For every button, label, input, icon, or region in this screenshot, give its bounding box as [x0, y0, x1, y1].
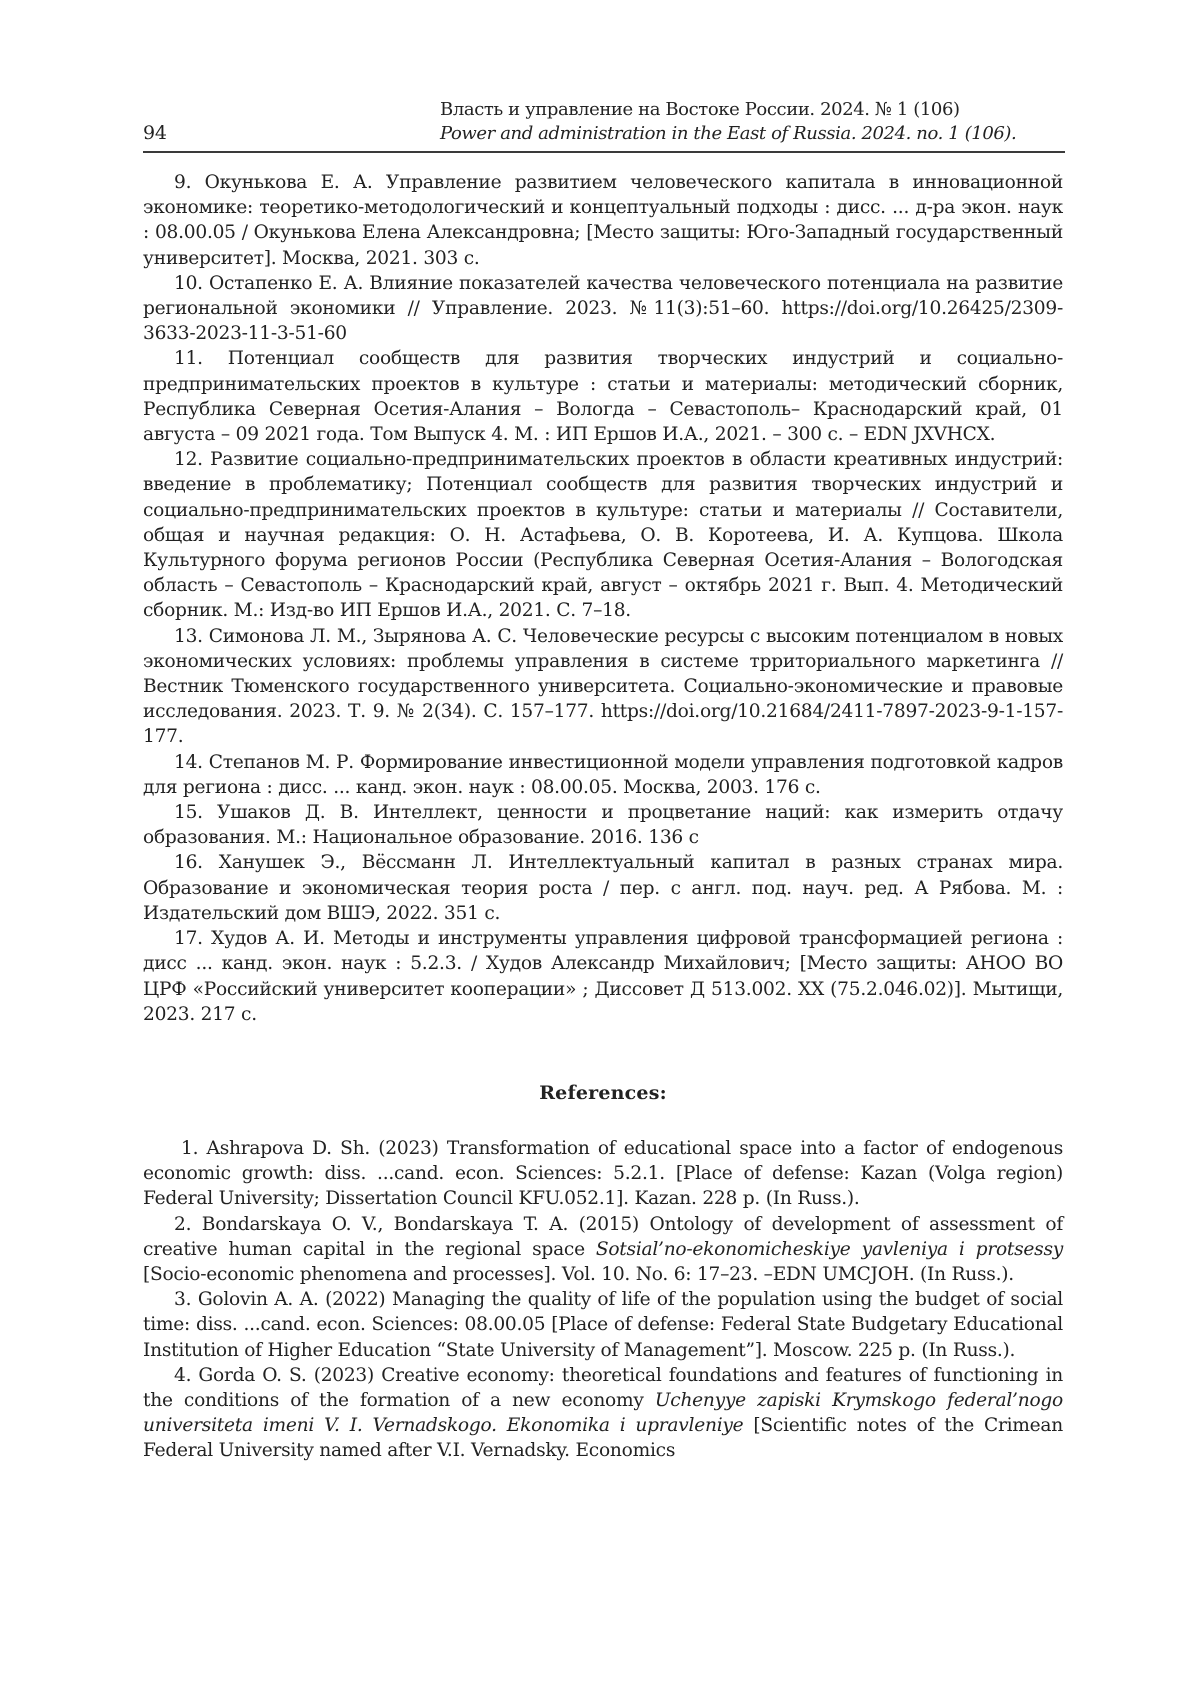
reference-entry: 3. Golovin A. A. (2022) Managing the qua… — [143, 1287, 1063, 1363]
references-en: 1. Ashrapova D. Sh. (2023) Transformatio… — [143, 1136, 1063, 1464]
journal-title-ru: Власть и управление на Востоке России. 2… — [440, 98, 1016, 122]
page-header: 94 Власть и управление на Востоке России… — [143, 98, 1063, 148]
reference-entry: 4. Gorda O. S. (2023) Creative economy: … — [143, 1363, 1063, 1464]
bibliography-entry: 10. Остапенко Е. А. Влияние показателей … — [143, 271, 1063, 347]
bibliography-entry: 15. Ушаков Д. В. Интеллект, ценности и п… — [143, 800, 1063, 850]
bibliography-entry: 13. Симонова Л. М., Зырянова А. С. Челов… — [143, 624, 1063, 750]
bibliography-entry: 9. Окунькова Е. А. Управление развитием … — [143, 170, 1063, 271]
journal-title: Власть и управление на Востоке России. 2… — [440, 98, 1016, 146]
bibliography-entry: 11. Потенциал сообществ для развития тво… — [143, 346, 1063, 447]
header-divider — [143, 151, 1065, 153]
reference-entry: 1. Ashrapova D. Sh. (2023) Transformatio… — [143, 1136, 1063, 1212]
reference-source-title: Sotsial’no-ekonomicheskiye yavleniya i p… — [596, 1239, 1063, 1260]
reference-entry: 2. Bondarskaya O. V., Bondarskaya T. A. … — [143, 1212, 1063, 1288]
references-heading: References: — [143, 1082, 1063, 1104]
page-number: 94 — [143, 122, 167, 144]
journal-title-en: Power and administration in the East of … — [440, 122, 1016, 146]
journal-page: 94 Власть и управление на Востоке России… — [0, 0, 1200, 1697]
reference-text: [Socio-economic phenomena and processes]… — [143, 1264, 1014, 1285]
reference-text: 1. Ashrapova D. Sh. (2023) Transformatio… — [143, 1138, 1063, 1209]
bibliography-entry: 16. Ханушек Э., Вёссманн Л. Интеллектуал… — [143, 850, 1063, 926]
bibliography-entry: 12. Развитие социально-предпринимательск… — [143, 447, 1063, 623]
bibliography-entry: 17. Худов А. И. Методы и инструменты упр… — [143, 926, 1063, 1027]
bibliography-ru: 9. Окунькова Е. А. Управление развитием … — [143, 170, 1063, 1027]
reference-text: 3. Golovin A. A. (2022) Managing the qua… — [143, 1289, 1063, 1360]
bibliography-entry: 14. Степанов М. Р. Формирование инвестиц… — [143, 750, 1063, 800]
